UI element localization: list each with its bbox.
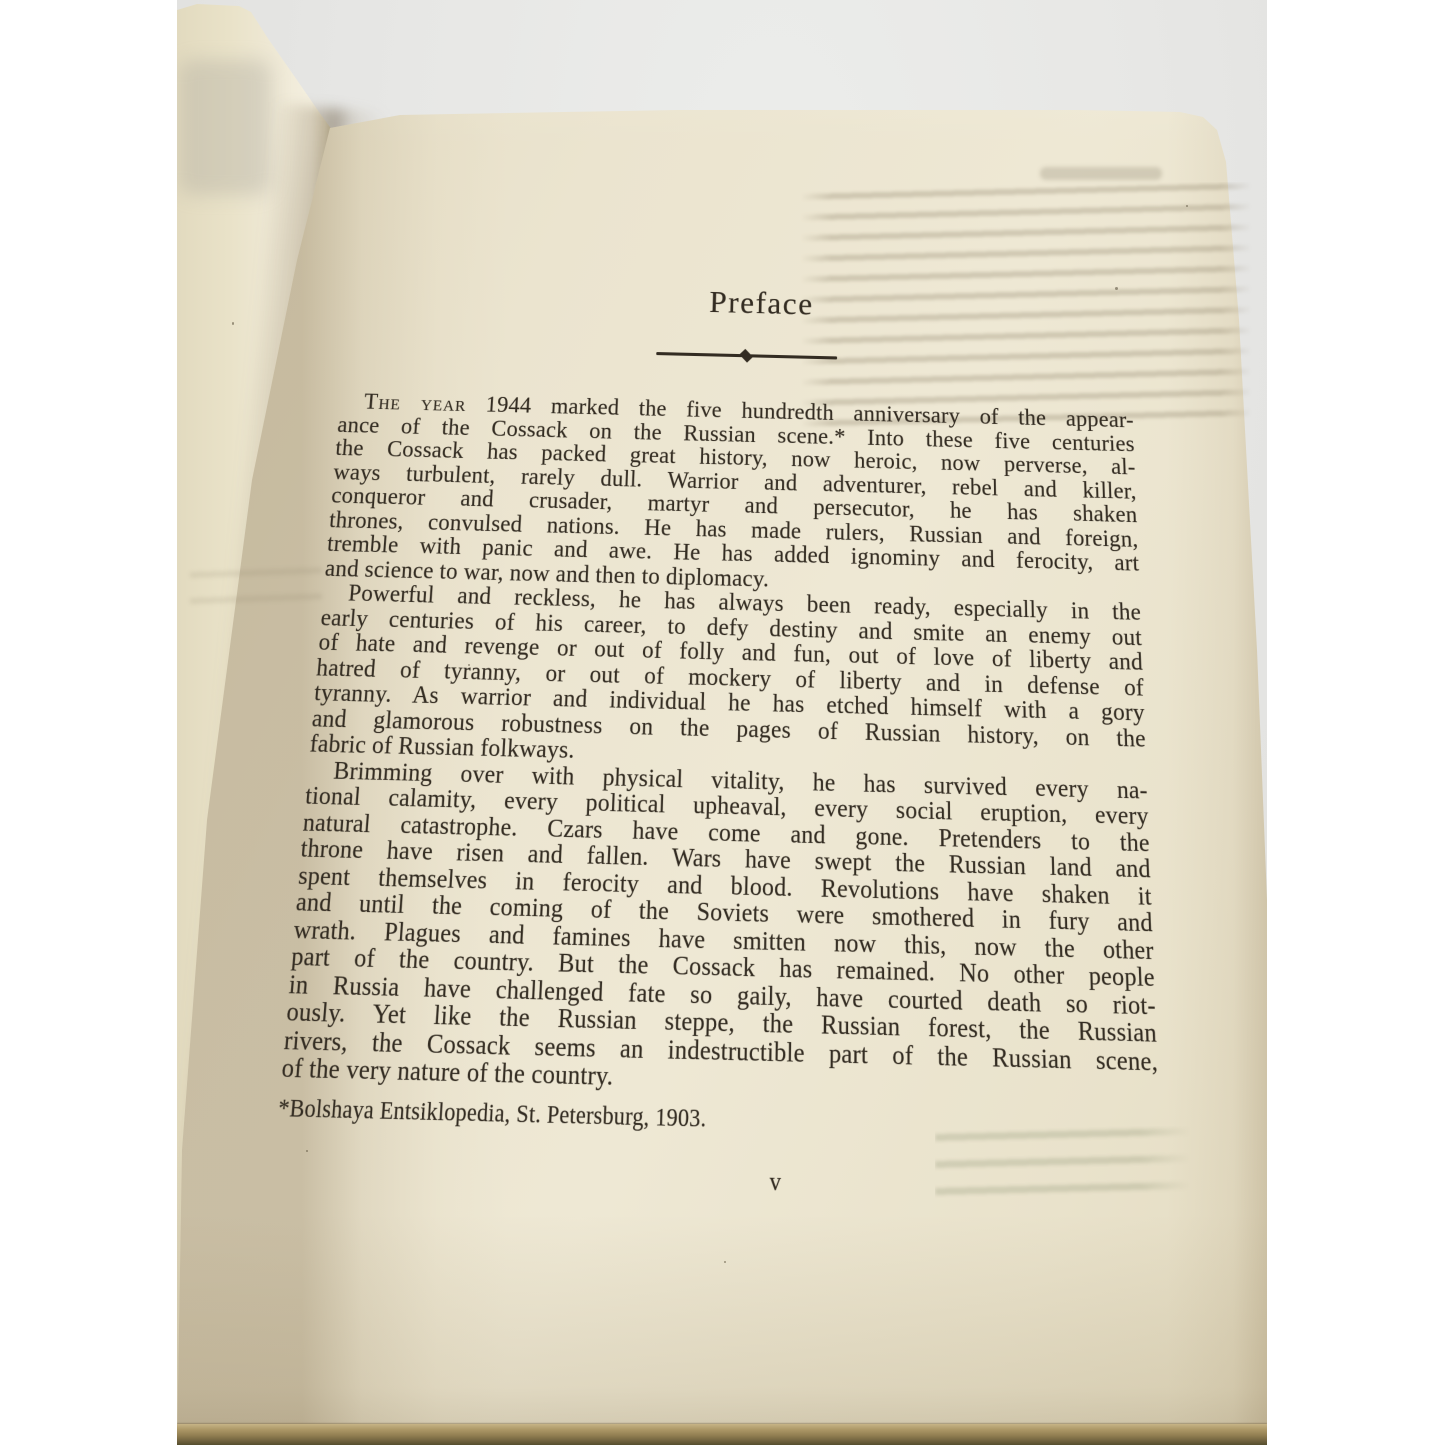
dust-speck [468, 664, 470, 666]
body-text: The year 1944 marked the five hundredth … [281, 389, 1160, 1104]
printed-text-layer: Preface The year 1944 marked the five hu… [272, 246, 1164, 1207]
dust-speck [1115, 287, 1118, 290]
footnote: *Bolshaya Entsiklopedia, St. Petersburg,… [277, 1095, 1161, 1145]
ornament-rule-right [750, 355, 837, 360]
page-discoloration-patch [179, 60, 271, 195]
diamond-icon [739, 349, 753, 363]
ornament-rule-left [656, 352, 743, 357]
photo-background: Preface The year 1944 marked the five hu… [177, 0, 1267, 1445]
dust-speck [1186, 205, 1188, 207]
book-bottom-page-edges [177, 1424, 1267, 1445]
dust-speck [306, 1150, 308, 1152]
diamond-rule-ornament [656, 348, 837, 364]
dust-speck [724, 1261, 726, 1263]
dust-speck [232, 322, 234, 325]
page-title: Preface [370, 276, 1153, 331]
photo-canvas: { "page": { "title": "Preface", "ornamen… [0, 0, 1445, 1445]
